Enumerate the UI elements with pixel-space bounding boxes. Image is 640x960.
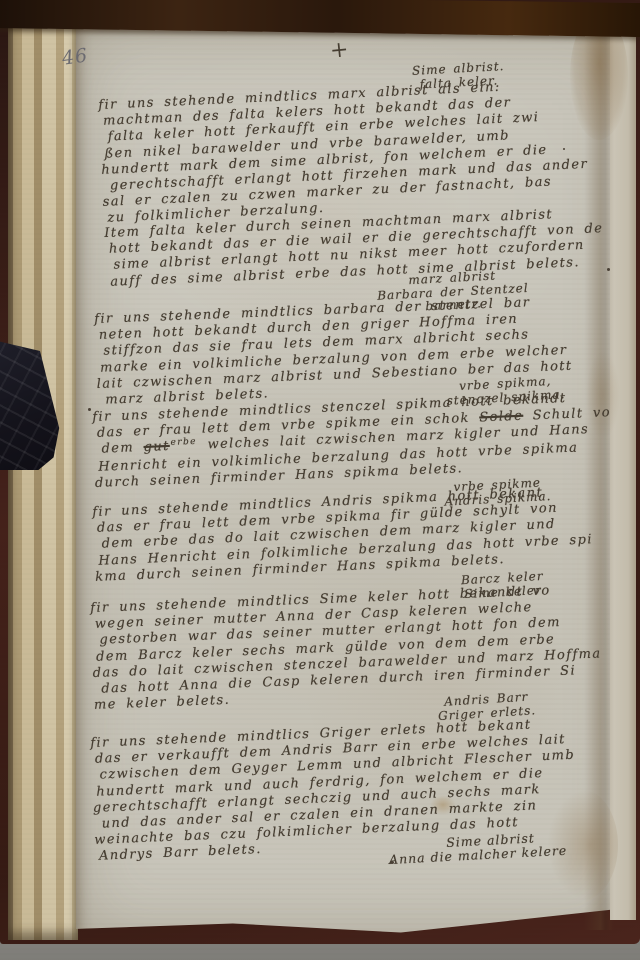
manuscript-photo: 46 + Sime albrist. falta keler. fir uns … [0,0,640,960]
line-segment: dem [101,440,144,457]
cross-mark: + [329,37,350,64]
ink-speck [607,268,610,271]
interlinear-insert: erbe [170,437,197,448]
folio-number: 46 [61,44,90,69]
line-segment: Schult vo [523,405,611,424]
paragraph-sale-albrecht: fir uns stehende mindtlics marx albrist … [98,76,590,228]
page-edges-stack [8,24,78,940]
struck-word: Solde [479,409,523,426]
struck-word: gut [143,439,170,455]
ink-speck [88,408,91,411]
